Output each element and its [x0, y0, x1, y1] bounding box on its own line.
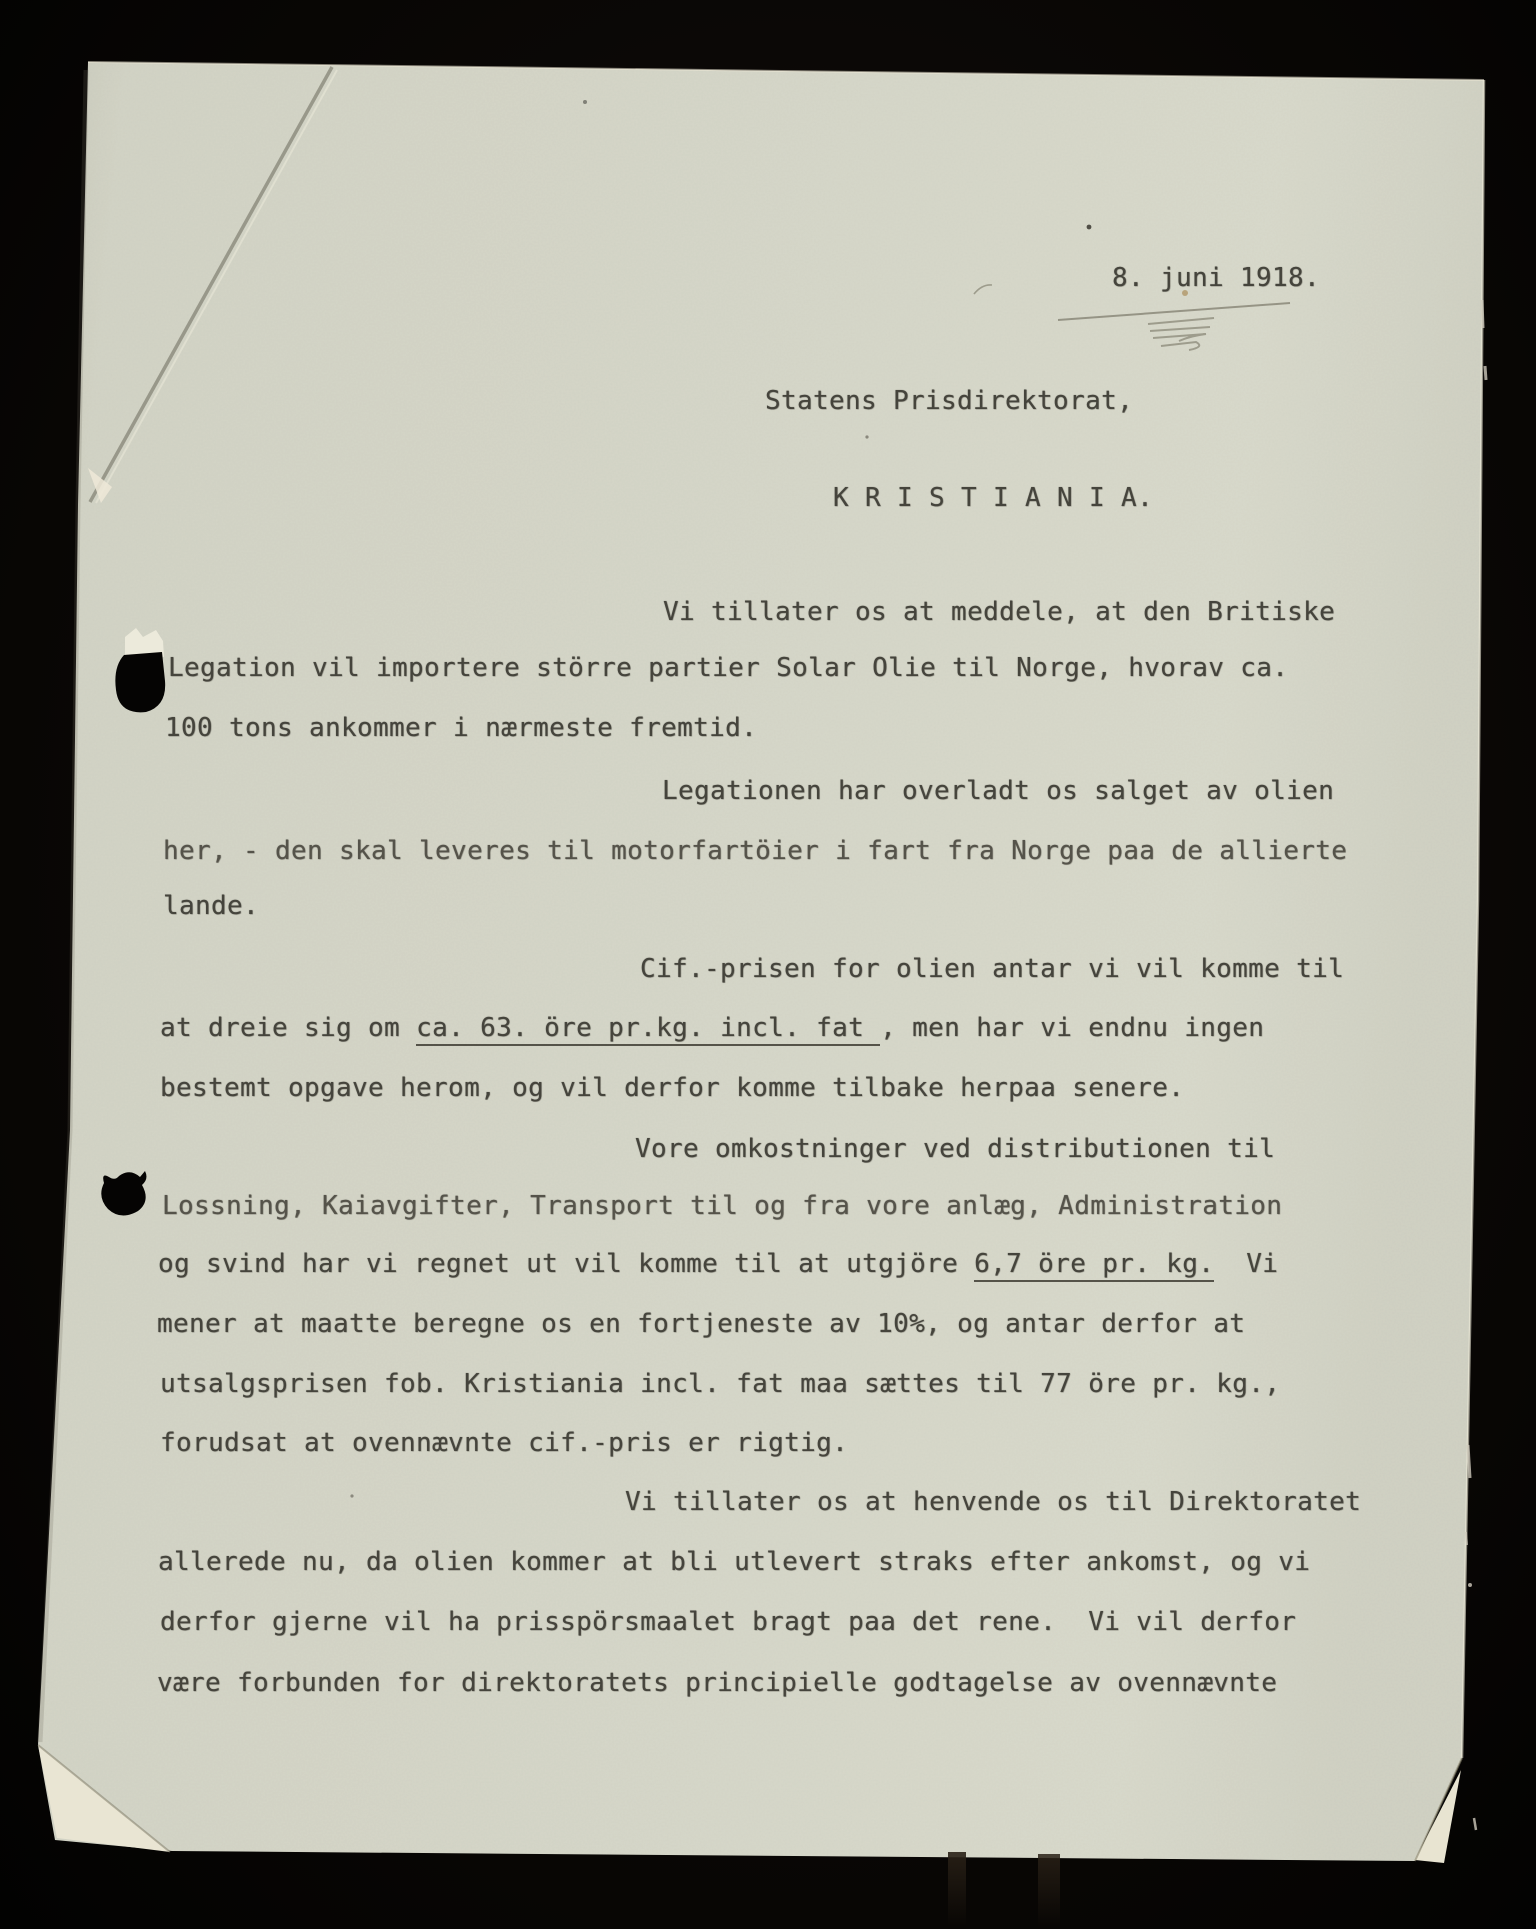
letter-line: Vi tillater os at meddele, at den Britis…	[663, 596, 1335, 629]
letter-line: bestemt opgave herom, og vil derfor komm…	[160, 1072, 1184, 1105]
line-segment: Vi	[1214, 1249, 1278, 1279]
letter-line: Lossning, Kaiavgifter, Transport til og …	[162, 1190, 1282, 1223]
binding-shadow	[948, 1852, 1060, 1929]
line-segment: , men har vi endnu ingen	[880, 1013, 1264, 1043]
line-segment: og svind har vi regnet ut vil komme til …	[158, 1249, 974, 1279]
underlined-price-cost: 6,7 öre pr. kg.	[974, 1249, 1214, 1282]
letter-city: K R I S T I A N I A.	[833, 482, 1153, 515]
scanned-letter-page: 8. juni 1918. Statens Prisdirektorat, K …	[0, 0, 1536, 1929]
letter-line: og svind har vi regnet ut vil komme til …	[158, 1248, 1278, 1281]
underlined-price-cif: ca. 63. öre pr.kg. incl. fat	[416, 1013, 880, 1046]
letter-line: 100 tons ankommer i nærmeste fremtid.	[165, 712, 757, 745]
letter-line: her, - den skal leveres til motorfartöie…	[163, 835, 1347, 868]
letter-line: lande.	[163, 890, 259, 923]
letter-line: forudsat at ovennævnte cif.-pris er rigt…	[160, 1427, 848, 1460]
letter-recipient: Statens Prisdirektorat,	[765, 385, 1133, 418]
punch-hole-upper	[115, 652, 165, 712]
letter-line: utsalgsprisen fob. Kristiania incl. fat …	[160, 1368, 1280, 1401]
letter-line: Legation vil importere större partier So…	[168, 652, 1288, 685]
letter-line: at dreie sig om ca. 63. öre pr.kg. incl.…	[160, 1012, 1264, 1045]
letter-line: Cif.-prisen for olien antar vi vil komme…	[640, 953, 1344, 986]
letter-line: Legationen har overladt os salget av oli…	[662, 775, 1334, 808]
letter-line: være forbunden for direktoratets princip…	[157, 1667, 1277, 1700]
letter-date: 8. juni 1918.	[1112, 262, 1320, 295]
letter-line: Vore omkostninger ved distributionen til	[635, 1133, 1275, 1166]
letter-line: allerede nu, da olien kommer at bli utle…	[158, 1546, 1310, 1579]
line-segment: at dreie sig om	[160, 1013, 416, 1043]
letter-line: derfor gjerne vil ha prisspörsmaalet bra…	[160, 1606, 1296, 1639]
letter-line: Vi tillater os at henvende os til Direkt…	[625, 1486, 1361, 1519]
letter-line: mener at maatte beregne os en fortjenest…	[157, 1308, 1245, 1341]
punch-hole-lower	[101, 1171, 146, 1216]
